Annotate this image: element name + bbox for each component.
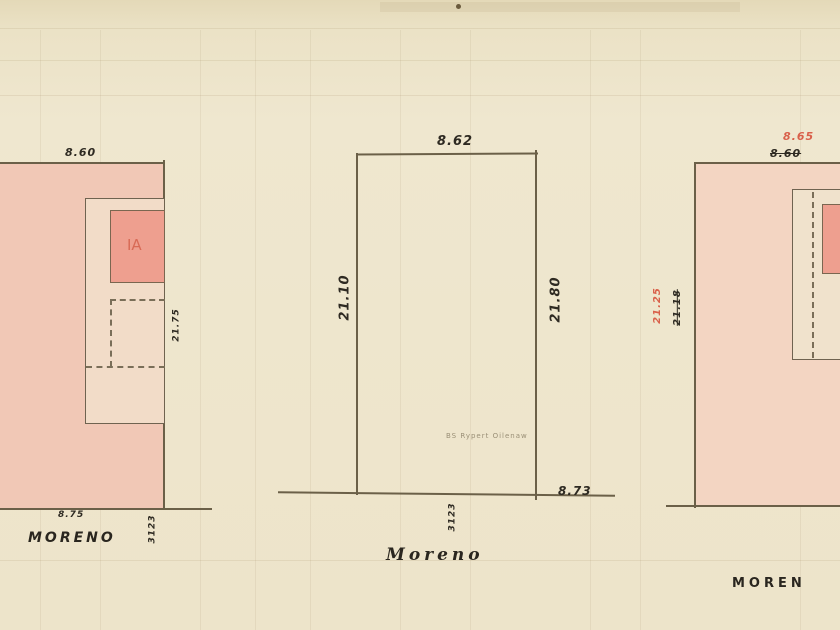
faded-header-text (380, 2, 740, 12)
top-width-dimension: 8.60 (770, 147, 801, 160)
grid-line (640, 30, 641, 630)
street-number: 3123 (148, 514, 158, 543)
grid-line (0, 60, 840, 61)
grid-line (470, 30, 471, 630)
grid-line (200, 30, 201, 630)
grid-line (0, 95, 840, 96)
left-depth-dimension: 21.10 (338, 274, 353, 320)
street-label: MORENO (28, 530, 116, 546)
lot-top-boundary (0, 162, 165, 164)
grid-line (310, 30, 311, 630)
top-width-dimension: 8.60 (65, 146, 96, 159)
lot-top-boundary (356, 153, 538, 156)
top-width-revised-dimension: 8.65 (783, 130, 814, 143)
side-depth-dimension: 21.18 (672, 289, 683, 326)
grid-line (255, 30, 256, 630)
paper-background: IA 8.60 21.75 8.75 3123 MORENO 8.62 21.1… (0, 0, 840, 630)
side-depth-revised-dimension: 21.25 (652, 287, 663, 324)
lot-top-boundary (694, 162, 840, 164)
room-label: IA (127, 236, 142, 254)
street-line (0, 508, 212, 510)
side-depth-dimension: 21.75 (172, 308, 182, 341)
street-label: Moreno (386, 545, 484, 565)
lot-right-boundary (535, 150, 537, 500)
grid-line (0, 28, 840, 29)
street-number: 3123 (448, 502, 458, 531)
lot-left-boundary (694, 162, 696, 508)
room-fill (822, 204, 840, 274)
dashed-line (86, 366, 165, 368)
dashed-line (110, 299, 112, 367)
grid-line (400, 30, 401, 630)
grid-line (590, 30, 591, 630)
street-label: MOREN (732, 576, 806, 591)
dashed-line (812, 192, 814, 358)
bottom-width-dimension: 8.75 (58, 510, 84, 520)
dashed-line (110, 299, 165, 301)
street-line (666, 505, 840, 507)
faint-annotation: BS Rypert Oilenaw (446, 432, 528, 440)
ink-dot (456, 4, 461, 9)
bottom-width-dimension: 8.73 (558, 484, 592, 498)
lot-left-boundary (356, 153, 358, 495)
right-depth-dimension: 21.80 (549, 276, 564, 322)
top-width-dimension: 8.62 (437, 134, 473, 149)
